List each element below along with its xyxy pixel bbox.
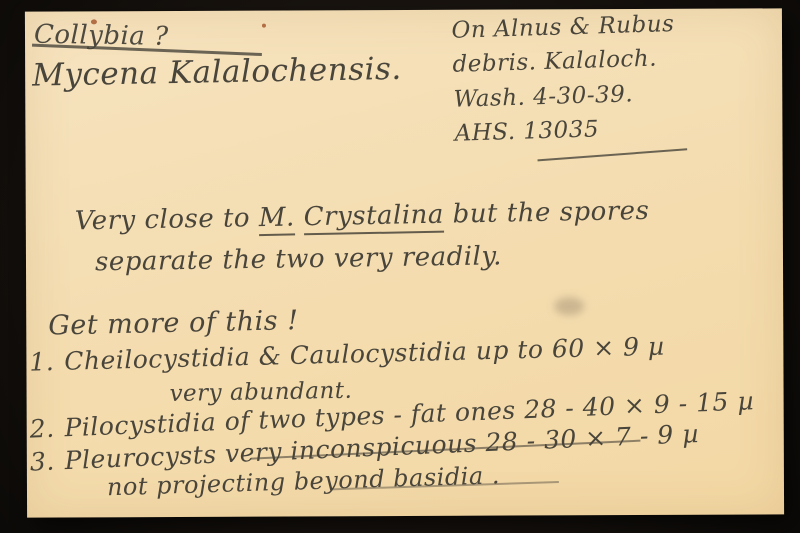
reminder-note: Get more of this ! — [48, 306, 299, 341]
observation-number: 3. — [29, 448, 55, 477]
comparison-note-line-2: separate the two very readily. — [95, 242, 502, 277]
collection-info: On Alnus & Rubus debris. Kalaloch. Wash.… — [451, 12, 678, 156]
comparison-note-line-1: Very close to M.Crystalina but the spore… — [75, 197, 650, 236]
ink-speck — [262, 24, 266, 28]
collection-substrate-line: On Alnus & Rubus — [451, 12, 675, 44]
observation-number: 2. — [29, 415, 55, 443]
note-post-text: but the spores — [444, 196, 650, 230]
observation-number: 1. — [29, 348, 55, 376]
underlined-genus-abbr: M. — [259, 202, 295, 236]
collection-date-line: Wash. 4-30-39. — [453, 81, 677, 113]
smudge-mark — [554, 297, 584, 315]
collection-locality-line: debris. Kalaloch. — [452, 46, 676, 78]
collection-number-line: AHS. 13035 — [454, 115, 678, 147]
observation-measurement: 28 - 30 × 7 - 9 µ — [476, 419, 699, 457]
ink-speck — [91, 19, 97, 24]
note-pre-text: Very close to — [75, 203, 260, 236]
index-card: Collybia ? Mycena Kalalochensis. On Alnu… — [25, 8, 784, 517]
observation-strike-word: inconspicuous — [290, 429, 478, 466]
underlined-compared-species: Crystalina — [303, 200, 444, 236]
species-title: Mycena Kalalochensis. — [32, 52, 402, 93]
photo-background: Collybia ? Mycena Kalalochensis. On Alnu… — [0, 0, 800, 533]
